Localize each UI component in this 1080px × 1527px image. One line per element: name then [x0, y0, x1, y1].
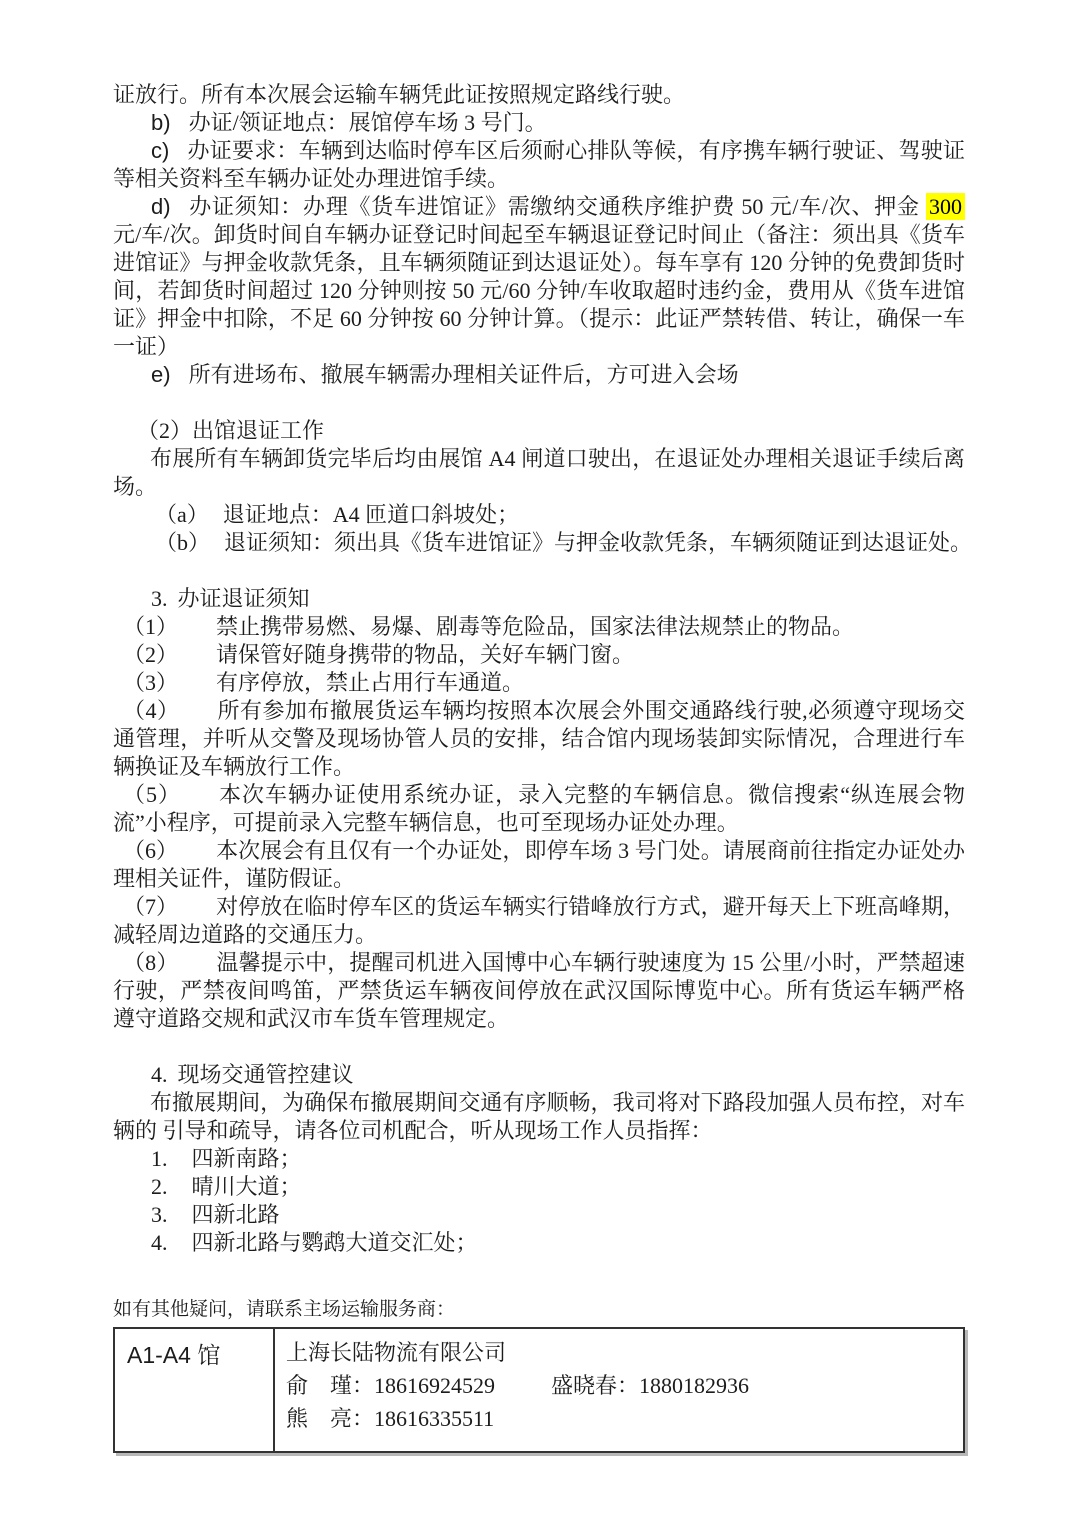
section4-title: 现场交通管控建议	[178, 1062, 354, 1087]
road-item-1: 1.四新南路；	[113, 1145, 965, 1173]
road-marker-3: 3.	[151, 1202, 192, 1227]
section3-heading: 3.办证退证须知	[113, 585, 965, 613]
rule-marker-4: （4）	[123, 698, 217, 723]
rule-text-5: 本次车辆办证使用系统办证，录入完整的车辆信息。微信搜索“纵连展会物流”小程序，可…	[113, 782, 965, 835]
contact-xiong-liang: 熊 亮：18616335511	[286, 1406, 494, 1431]
list-item-b: b)办证/领证地点：展馆停车场 3 号门。	[113, 109, 965, 137]
rule-marker-1: （1）	[123, 614, 216, 639]
road-text-4: 四新北路与鹦鹉大道交汇处；	[192, 1230, 478, 1255]
rule-item-8: （8）温馨提示中，提醒司机进入国博中心车辆行驶速度为 15 公里/小时，严禁超速…	[113, 949, 965, 1033]
info-cell: 上海长陆物流有限公司 俞 瑾：18616924529盛晓春：1880182936…	[274, 1328, 964, 1452]
hall-cell: A1-A4 馆	[114, 1328, 274, 1452]
road-item-2: 2.晴川大道；	[113, 1173, 965, 1201]
section3-title: 办证退证须知	[178, 586, 310, 611]
rule-item-4: （4）所有参加布撤展货运车辆均按照本次展会外围交通路线行驶,必须遵守现场交通管理…	[113, 697, 965, 781]
company-name: 上海长陆物流有限公司	[286, 1336, 963, 1369]
contact-yu-jin: 俞 瑾：18616924529	[286, 1373, 495, 1398]
road-text-3: 四新北路	[192, 1202, 280, 1227]
blank-line	[113, 1033, 965, 1061]
paragraph-carryover: 证放行。所有本次展会运输车辆凭此证按照规定路线行驶。	[113, 81, 965, 109]
rule-marker-3: （3）	[123, 670, 216, 695]
rule-text-8: 温馨提示中，提醒司机进入国博中心车辆行驶速度为 15 公里/小时，严禁超速行驶，…	[113, 950, 965, 1031]
list-marker-e: e)	[151, 362, 189, 387]
list-marker-d: d)	[151, 194, 189, 219]
sub-marker-a: （a）	[155, 502, 223, 527]
document-page: 证放行。所有本次展会运输车辆凭此证按照规定路线行驶。 b)办证/领证地点：展馆停…	[0, 0, 1080, 1527]
deposit-highlight: 300	[926, 193, 965, 220]
rule-marker-5: （5）	[123, 782, 219, 807]
section3-number: 3.	[151, 586, 178, 611]
section2-paragraph: 布展所有车辆卸货完毕后均由展馆 A4 闸道口驶出，在退证处办理相关退证手续后离场…	[113, 445, 965, 501]
rule-item-1: （1）禁止携带易燃、易爆、剧毒等危险品，国家法律法规禁止的物品。	[113, 613, 965, 641]
list-text-e: 所有进场布、撤展车辆需办理相关证件后，方可进入会场	[189, 362, 739, 387]
rule-text-1: 禁止携带易燃、易爆、剧毒等危险品，国家法律法规禁止的物品。	[216, 614, 854, 639]
rule-marker-6: （6）	[123, 838, 216, 863]
list-item-d: d)办证须知：办理《货车进馆证》需缴纳交通秩序维护费 50 元/车/次、押金 3…	[113, 193, 965, 361]
sub-text-b: 退证须知：须出具《货车进馆证》与押金收款凭条，车辆须随证到达退证处。	[224, 530, 972, 555]
rule-text-2: 请保管好随身携带的物品，关好车辆门窗。	[216, 642, 634, 667]
list-text-c: 办证要求：车辆到达临时停车区后须耐心排队等候，有序携车辆行驶证、驾驶证等相关资料…	[113, 138, 965, 191]
contact-line-2: 熊 亮：18616335511	[286, 1402, 963, 1435]
sub-text-a: 退证地点：A4 匝道口斜坡处；	[223, 502, 519, 527]
rule-text-7: 对停放在临时停车区的货运车辆实行错峰放行方式，避开每天上下班高峰期，减轻周边道路…	[113, 894, 965, 947]
contact-note: 如有其他疑问，请联系主场运输服务商：	[113, 1297, 965, 1323]
road-text-1: 四新南路；	[192, 1146, 302, 1171]
road-text-2: 晴川大道；	[192, 1174, 302, 1199]
road-item-3: 3.四新北路	[113, 1201, 965, 1229]
section4-heading: 4.现场交通管控建议	[113, 1061, 965, 1089]
list-text-d-before: 办证须知：办理《货车进馆证》需缴纳交通秩序维护费 50 元/车/次、押金	[189, 194, 926, 219]
rule-text-3: 有序停放，禁止占用行车通道。	[216, 670, 524, 695]
list-item-c: c)办证要求：车辆到达临时停车区后须耐心排队等候，有序携车辆行驶证、驾驶证等相关…	[113, 137, 965, 193]
road-marker-2: 2.	[151, 1174, 192, 1199]
rule-marker-2: （2）	[123, 642, 216, 667]
rule-marker-7: （7）	[123, 894, 216, 919]
list-text-b: 办证/领证地点：展馆停车场 3 号门。	[189, 110, 547, 135]
rule-item-5: （5）本次车辆办证使用系统办证，录入完整的车辆信息。微信搜索“纵连展会物流”小程…	[113, 781, 965, 837]
rule-text-6: 本次展会有且仅有一个办证处，即停车场 3 号门处。请展商前往指定办证处办理相关证…	[113, 838, 965, 891]
blank-line	[113, 389, 965, 417]
rule-item-3: （3）有序停放，禁止占用行车通道。	[113, 669, 965, 697]
rule-item-2: （2）请保管好随身携带的物品，关好车辆门窗。	[113, 641, 965, 669]
list-marker-b: b)	[151, 110, 189, 135]
blank-line	[113, 557, 965, 585]
rule-marker-8: （8）	[123, 950, 216, 975]
contact-sheng-xiaochun: 盛晓春：1880182936	[551, 1373, 749, 1398]
rule-text-4: 所有参加布撤展货运车辆均按照本次展会外围交通路线行驶,必须遵守现场交通管理，并听…	[113, 698, 965, 779]
section4-paragraph: 布撤展期间，为确保布撤展期间交通有序顺畅，我司将对下路段加强人员布控，对车辆的 …	[113, 1089, 965, 1145]
table-row: A1-A4 馆 上海长陆物流有限公司 俞 瑾：18616924529盛晓春：18…	[114, 1328, 964, 1452]
contact-line-1: 俞 瑾：18616924529盛晓春：1880182936	[286, 1369, 963, 1402]
sub-marker-b: （b）	[155, 530, 224, 555]
road-marker-4: 4.	[151, 1230, 192, 1255]
document-body: 证放行。所有本次展会运输车辆凭此证按照规定路线行驶。 b)办证/领证地点：展馆停…	[113, 81, 965, 1453]
sub-item-a: （a）退证地点：A4 匝道口斜坡处；	[113, 501, 965, 529]
road-item-4: 4.四新北路与鹦鹉大道交汇处；	[113, 1229, 965, 1257]
rule-item-6: （6）本次展会有且仅有一个办证处，即停车场 3 号门处。请展商前往指定办证处办理…	[113, 837, 965, 893]
contact-table: A1-A4 馆 上海长陆物流有限公司 俞 瑾：18616924529盛晓春：18…	[113, 1327, 965, 1453]
rule-item-7: （7）对停放在临时停车区的货运车辆实行错峰放行方式，避开每天上下班高峰期，减轻周…	[113, 893, 965, 949]
sub-item-b: （b）退证须知：须出具《货车进馆证》与押金收款凭条，车辆须随证到达退证处。	[113, 529, 965, 557]
list-text-d-after: 元/车/次。卸货时间自车辆办证登记时间起至车辆退证登记时间止（备注：须出具《货车…	[113, 222, 965, 359]
list-item-e: e)所有进场布、撤展车辆需办理相关证件后，方可进入会场	[113, 361, 965, 389]
blank-space	[113, 1257, 965, 1297]
road-marker-1: 1.	[151, 1146, 192, 1171]
section4-number: 4.	[151, 1062, 178, 1087]
section2-title: （2）出馆退证工作	[113, 417, 965, 445]
list-marker-c: c)	[151, 138, 187, 163]
